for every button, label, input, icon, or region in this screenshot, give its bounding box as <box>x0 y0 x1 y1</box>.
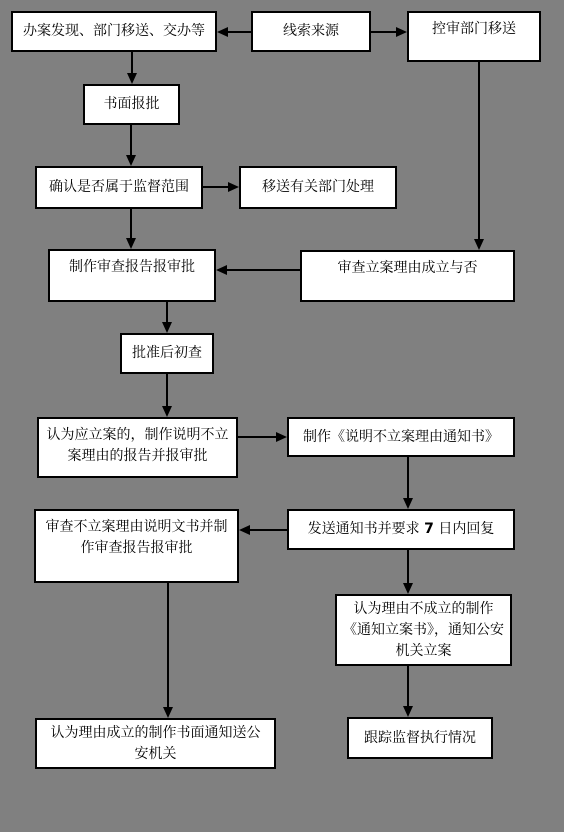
arrow-down-icon <box>474 239 484 250</box>
flow-box-should-file-case-label: 认为应立案的，制作说明不立 案理由的报告并报审批 <box>39 425 236 467</box>
connector-shouldfile-to-notice-line <box>238 436 276 438</box>
flow-box-send-notice: 发送通知书并要求 7 日内回复 <box>287 509 515 550</box>
connector-confirm-to-transfer-line <box>203 186 228 188</box>
arrow-down-icon <box>127 73 137 84</box>
arrow-left-icon <box>216 265 227 275</box>
flow-box-reason-invalid-label: 认为理由不成立的制作 《通知立案书》，通知公安 机关立案 <box>337 599 510 662</box>
arrow-right-icon <box>276 432 287 442</box>
arrow-left-icon <box>239 525 250 535</box>
flow-box-send-notice-number: 7 <box>424 519 434 540</box>
flow-box-review-filing-reason-label: 审查立案理由成立与否 <box>302 258 513 279</box>
connector-report-to-investigation-line <box>166 302 168 322</box>
connector-discovery-to-approval-line <box>131 52 133 73</box>
connector-send-to-invalid-line <box>407 550 409 583</box>
connector-review-to-report-line <box>227 269 300 271</box>
connector-notice-to-send-line <box>407 457 409 498</box>
flow-box-review-filing-reason: 审查立案理由成立与否 <box>300 250 515 302</box>
flow-box-track-supervision-label: 跟踪监督执行情况 <box>349 728 491 749</box>
flow-box-control-dept-transfer: 控审部门移送 <box>407 11 541 62</box>
flow-box-control-dept-transfer-label: 控审部门移送 <box>409 19 539 40</box>
arrow-down-icon <box>403 583 413 594</box>
flow-box-make-review-report: 制作审查报告报审批 <box>48 249 216 302</box>
flow-box-clue-source: 线索来源 <box>251 11 371 52</box>
flow-box-confirm-scope: 确认是否属于监督范围 <box>35 166 203 209</box>
flow-box-transfer-related-dept: 移送有关部门处理 <box>239 166 397 209</box>
arrow-down-icon <box>126 238 136 249</box>
flow-box-make-notice: 制作《说明不立案理由通知书》 <box>287 417 515 457</box>
flow-box-case-discovery: 办案发现、部门移送、交办等 <box>11 11 217 52</box>
connector-investigation-to-shouldfile-line <box>166 374 168 406</box>
arrow-left-icon <box>217 27 228 37</box>
flow-box-send-notice-suffix: 日内回复 <box>434 519 494 540</box>
flow-box-should-file-case: 认为应立案的，制作说明不立 案理由的报告并报审批 <box>37 417 238 478</box>
flow-box-track-supervision: 跟踪监督执行情况 <box>347 717 493 759</box>
flow-box-reason-valid-label: 认为理由成立的制作书面通知送公 安机关 <box>37 723 274 765</box>
connector-invalid-to-track-line <box>407 666 409 706</box>
flow-box-make-notice-label: 制作《说明不立案理由通知书》 <box>289 427 513 448</box>
arrow-down-icon <box>403 498 413 509</box>
arrow-down-icon <box>163 707 173 718</box>
connector-reviewdoc-to-valid-line <box>167 583 169 707</box>
connector-send-to-reviewdoc-line <box>250 529 287 531</box>
arrow-down-icon <box>403 706 413 717</box>
flow-box-review-no-filing-doc: 审查不立案理由说明文书并制 作审查报告报审批 <box>34 509 239 583</box>
flow-box-make-review-report-label: 制作审查报告报审批 <box>50 257 214 278</box>
flow-box-clue-source-label: 线索来源 <box>253 21 369 42</box>
flow-box-written-approval-label: 书面报批 <box>85 94 178 115</box>
connector-clue-to-control-line <box>371 31 396 33</box>
connector-control-to-review-line <box>478 62 480 239</box>
flow-box-send-notice-prefix: 发送通知书并要求 <box>308 519 424 540</box>
flow-box-initial-investigation-label: 批准后初查 <box>122 343 212 364</box>
flow-box-reason-invalid: 认为理由不成立的制作 《通知立案书》，通知公安 机关立案 <box>335 594 512 666</box>
flow-box-written-approval: 书面报批 <box>83 84 180 125</box>
flow-box-reason-valid: 认为理由成立的制作书面通知送公 安机关 <box>35 718 276 769</box>
flow-box-confirm-scope-label: 确认是否属于监督范围 <box>37 177 201 198</box>
flow-box-initial-investigation: 批准后初查 <box>120 333 214 374</box>
arrow-right-icon <box>396 27 407 37</box>
arrow-down-icon <box>162 406 172 417</box>
flow-box-case-discovery-label: 办案发现、部门移送、交办等 <box>13 21 215 42</box>
connector-confirm-to-report-line <box>130 209 132 238</box>
flow-box-review-no-filing-doc-label: 审查不立案理由说明文书并制 作审查报告报审批 <box>36 517 237 559</box>
flow-box-transfer-related-dept-label: 移送有关部门处理 <box>241 177 395 198</box>
arrow-right-icon <box>228 182 239 192</box>
arrow-down-icon <box>126 155 136 166</box>
flowchart-canvas: 办案发现、部门移送、交办等 线索来源 控审部门移送 书面报批 确认是否属于监督范… <box>0 0 564 832</box>
connector-approval-to-confirm-line <box>130 125 132 155</box>
arrow-down-icon <box>162 322 172 333</box>
connector-clue-to-discovery-line <box>228 31 251 33</box>
